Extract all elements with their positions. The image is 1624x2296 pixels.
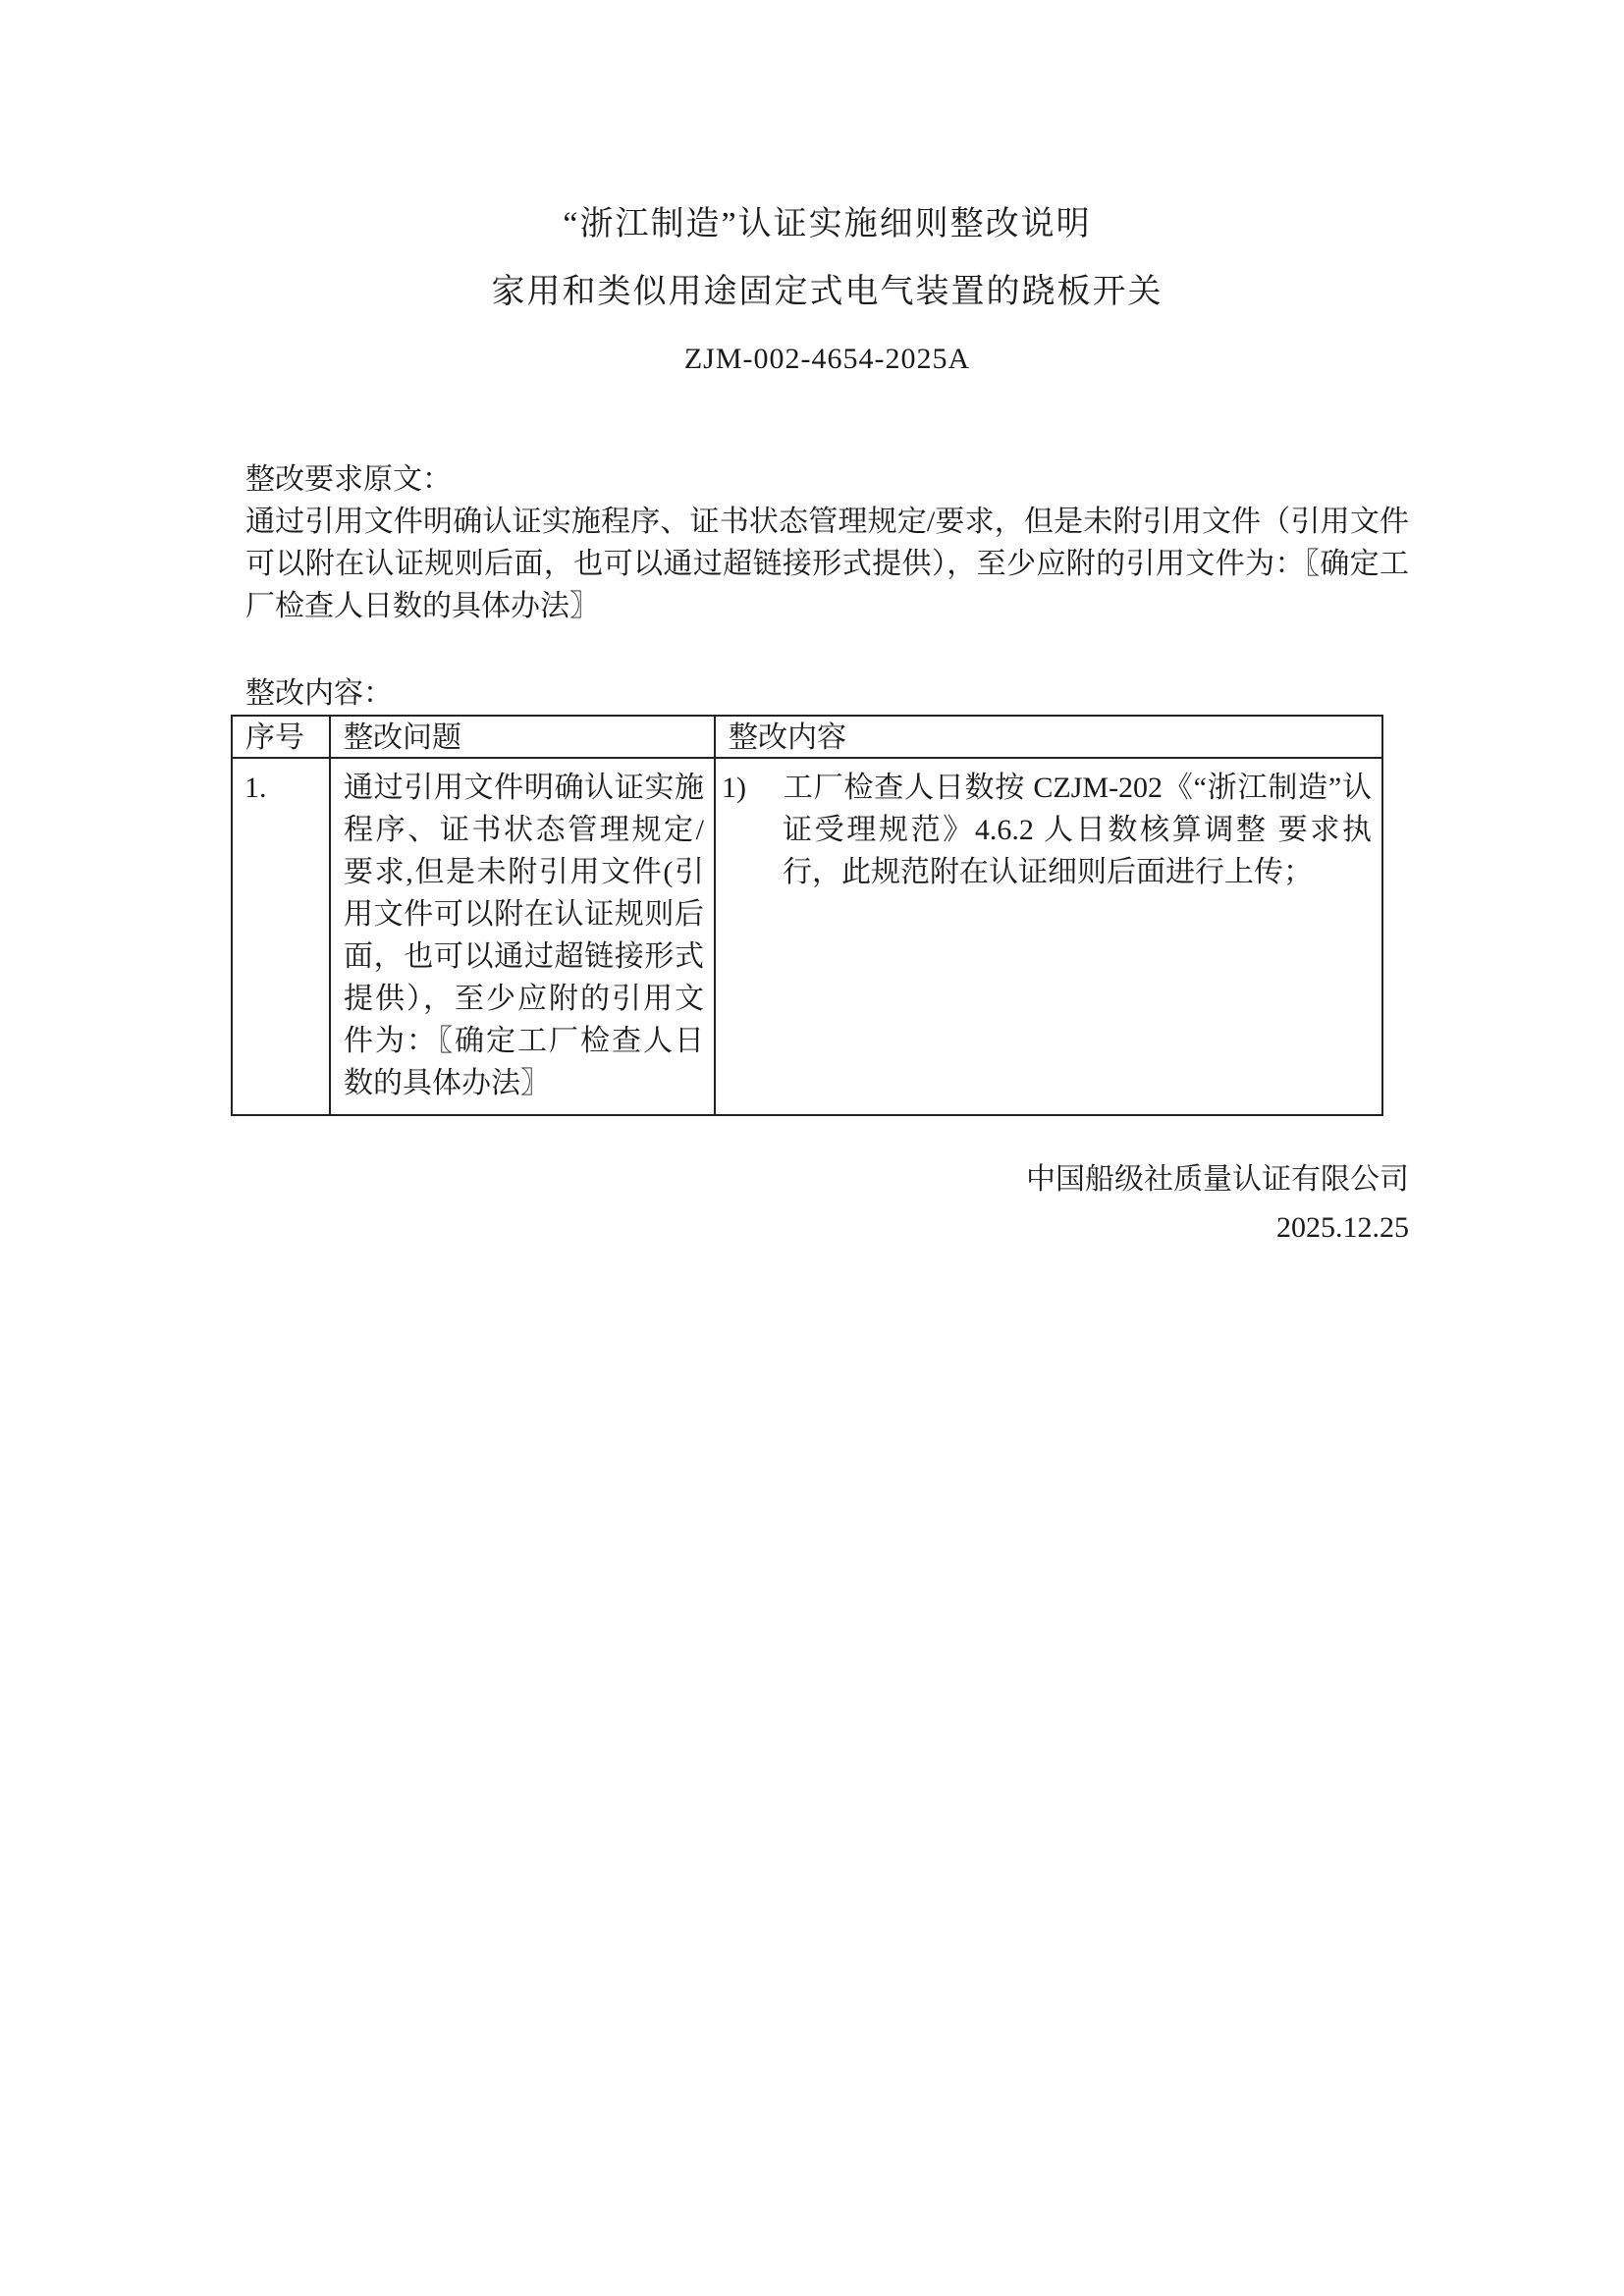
document-date: 2025.12.25	[245, 1203, 1409, 1252]
document-title: “浙江制造”认证实施细则整改说明	[245, 208, 1409, 241]
column-header-problem: 整改问题	[330, 716, 715, 758]
table-row: 1. 通过引用文件明确认证实施程序、证书状态管理规定/要求,但是未附引用文件(引…	[232, 758, 1382, 1115]
original-requirement-paragraph: 通过引用文件明确认证实施程序、证书状态管理规定/要求，但是未附引用文件（引用文件…	[245, 501, 1409, 627]
row-content-item: 1)工厂检查人日数按 CZJM-202《“浙江制造”认证受理规范》4.6.2 人…	[722, 767, 1372, 893]
row-problem-text: 通过引用文件明确认证实施程序、证书状态管理规定/要求,但是未附引用文件(引用文件…	[330, 758, 715, 1115]
company-name: 中国船级社质量认证有限公司	[245, 1155, 1409, 1203]
list-item-text: 工厂检查人日数按 CZJM-202《“浙江制造”认证受理规范》4.6.2 人日数…	[783, 772, 1372, 888]
document-number: ZJM-002-4654-2025A	[245, 345, 1409, 374]
column-header-seq: 序号	[232, 716, 330, 758]
row-content-cell: 1)工厂检查人日数按 CZJM-202《“浙江制造”认证受理规范》4.6.2 人…	[715, 758, 1382, 1115]
document-content: “浙江制造”认证实施细则整改说明 家用和类似用途固定式电气装置的跷板开关 ZJM…	[245, 0, 1409, 1252]
table-header-row: 序号 整改问题 整改内容	[232, 716, 1382, 758]
rectification-heading: 整改内容：	[245, 672, 1409, 715]
column-header-content: 整改内容	[715, 716, 1382, 758]
document-page: “浙江制造”认证实施细则整改说明 家用和类似用途固定式电气装置的跷板开关 ZJM…	[0, 0, 1624, 2296]
rectification-table: 序号 整改问题 整改内容 1. 通过引用文件明确认证实施程序、证书状态管理规定/…	[231, 715, 1383, 1116]
signature-block: 中国船级社质量认证有限公司 2025.12.25	[245, 1155, 1409, 1252]
document-subtitle: 家用和类似用途固定式电气装置的跷板开关	[245, 276, 1409, 309]
row-sequence-number: 1.	[232, 758, 330, 1115]
original-requirement-heading: 整改要求原文：	[245, 458, 1409, 501]
list-item-marker: 1)	[722, 767, 783, 809]
